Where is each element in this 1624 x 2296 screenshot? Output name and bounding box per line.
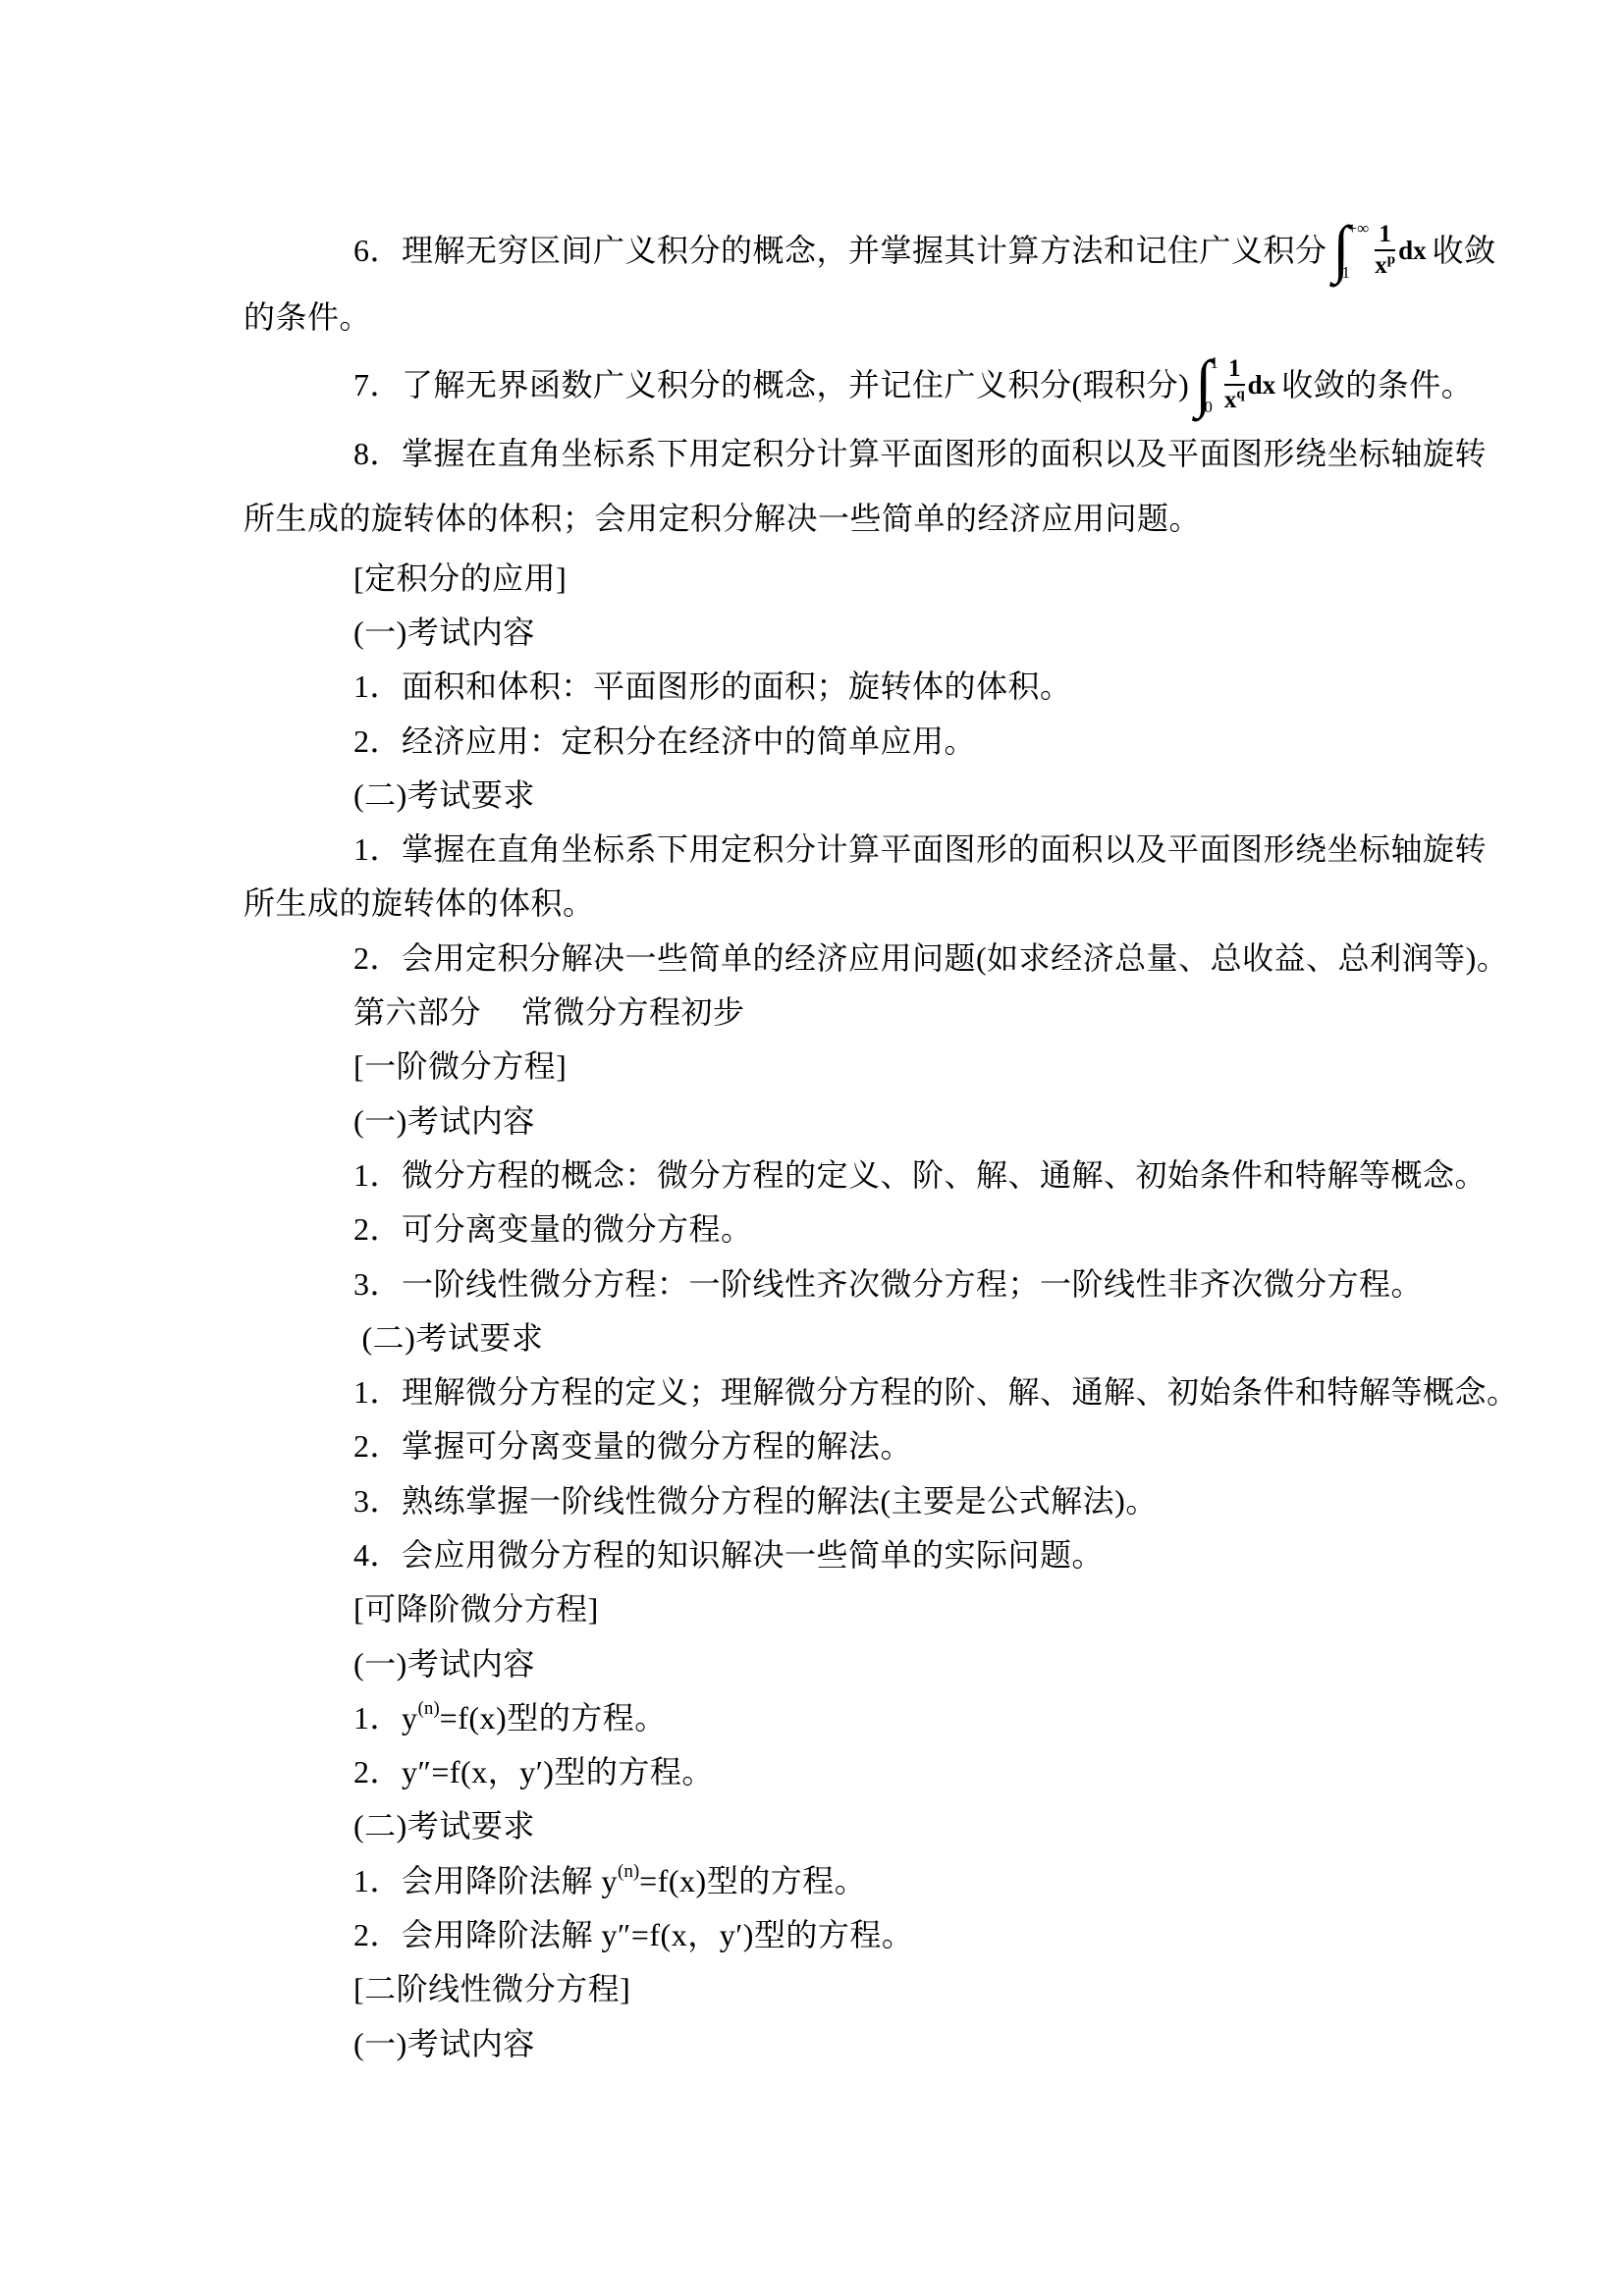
doc-line: 1．面积和体积：平面图形的面积；旋转体的体积。 bbox=[244, 660, 1500, 714]
doc-line: [可降阶微分方程] bbox=[244, 1582, 1500, 1636]
text-run: 的条件。 bbox=[244, 301, 371, 333]
integral-lower-limit: 1 bbox=[1342, 264, 1351, 281]
doc-line: 4．会应用微分方程的知识解决一些简单的实际问题。 bbox=[244, 1527, 1500, 1581]
text-run: (一)考试内容 bbox=[353, 1105, 535, 1137]
denominator-superscript: p bbox=[1387, 252, 1395, 268]
doc-line: 2．可分离变量的微分方程。 bbox=[244, 1202, 1500, 1256]
text-run: 6．理解无穷区间广义积分的概念，并掌握其计算方法和记住广义积分 bbox=[353, 235, 1327, 266]
doc-line: (一)考试内容 bbox=[244, 1636, 1500, 1690]
text-run: 1．理解微分方程的定义；理解微分方程的阶、解、通解、初始条件和特解等概念。 bbox=[353, 1376, 1519, 1408]
text-run: 3．熟练掌握一阶线性微分方程的解法(主要是公式解法)。 bbox=[353, 1485, 1158, 1517]
text-run: [可降阶微分方程] bbox=[353, 1593, 599, 1625]
integral-lower-limit: 0 bbox=[1204, 399, 1213, 415]
text-run: (二)考试要求 bbox=[353, 1322, 543, 1354]
denominator-superscript: q bbox=[1236, 387, 1244, 402]
text-run: 1．y bbox=[353, 1702, 418, 1734]
inline-integral-formula: ∫101xqdx bbox=[1195, 354, 1275, 415]
doc-line: 2．掌握可分离变量的微分方程的解法。 bbox=[244, 1419, 1500, 1473]
doc-line: (一)考试内容 bbox=[244, 2016, 1500, 2070]
doc-line: 2．会用降阶法解 y″=f(x，y′)型的方程。 bbox=[244, 1907, 1500, 1961]
differential: dx bbox=[1398, 238, 1427, 264]
fraction-numerator: 1 bbox=[1379, 222, 1391, 247]
text-run: 1．面积和体积：平面图形的面积；旋转体的体积。 bbox=[353, 670, 1072, 702]
text-run: 1．会用降阶法解 y bbox=[353, 1865, 618, 1896]
differential: dx bbox=[1248, 372, 1276, 399]
doc-line: 所生成的旋转体的体积。 bbox=[244, 877, 1500, 931]
text-run: 1．掌握在直角坐标系下用定积分计算平面图形的面积以及平面图形绕坐标轴旋转 bbox=[353, 833, 1487, 865]
fraction-numerator: 1 bbox=[1228, 356, 1241, 382]
doc-line: 1．y(n)=f(x)型的方程。 bbox=[244, 1690, 1500, 1744]
text-run: 所生成的旋转体的体积；会用定积分解决一些简单的经济应用问题。 bbox=[244, 503, 1201, 534]
doc-line: 8．掌握在直角坐标系下用定积分计算平面图形的面积以及平面图形绕坐标轴旋转 bbox=[244, 420, 1500, 486]
text-run: 2．y″=f(x，y′)型的方程。 bbox=[353, 1756, 714, 1788]
text-run: 收敛 bbox=[1433, 235, 1496, 266]
document-page: 6．理解无穷区间广义积分的概念，并掌握其计算方法和记住广义积分∫+∞11xpdx… bbox=[0, 0, 1624, 2296]
text-run: =f(x)型的方程。 bbox=[440, 1702, 667, 1734]
doc-line: 3．一阶线性微分方程：一阶线性齐次微分方程；一阶线性非齐次微分方程。 bbox=[244, 1256, 1500, 1310]
text-run: 4．会应用微分方程的知识解决一些简单的实际问题。 bbox=[353, 1539, 1104, 1571]
doc-line: 第六部分 常微分方程初步 bbox=[244, 985, 1500, 1039]
doc-line: (二)考试要求 bbox=[244, 768, 1500, 822]
text-run: 1．微分方程的概念：微分方程的定义、阶、解、通解、初始条件和特解等概念。 bbox=[353, 1159, 1487, 1191]
doc-line: (一)考试内容 bbox=[244, 605, 1500, 659]
text-run: 所生成的旋转体的体积。 bbox=[244, 887, 595, 919]
text-run: (一)考试内容 bbox=[353, 2028, 535, 2059]
doc-line: 7．了解无界函数广义积分的概念，并记住广义积分(瑕积分)∫101xqdx收敛的条… bbox=[244, 349, 1500, 420]
text-run: (一)考试内容 bbox=[353, 1648, 535, 1680]
text-run: (二)考试要求 bbox=[353, 779, 535, 811]
fraction-denominator: xq bbox=[1224, 388, 1245, 413]
doc-line: [一阶微分方程] bbox=[244, 1040, 1500, 1094]
doc-line: 1．会用降阶法解 y(n)=f(x)型的方程。 bbox=[244, 1853, 1500, 1907]
doc-line: 所生成的旋转体的体积；会用定积分解决一些简单的经济应用问题。 bbox=[244, 486, 1500, 551]
doc-line: 1．微分方程的概念：微分方程的定义、阶、解、通解、初始条件和特解等概念。 bbox=[244, 1148, 1500, 1201]
doc-line: [定积分的应用] bbox=[244, 551, 1500, 605]
doc-line: (一)考试内容 bbox=[244, 1094, 1500, 1148]
fraction: 1xq bbox=[1224, 356, 1245, 414]
text-run: 7．了解无界函数广义积分的概念，并记住广义积分(瑕积分) bbox=[353, 369, 1189, 400]
text-run: [二阶线性微分方程] bbox=[353, 1973, 630, 2004]
text-run: 第六部分 常微分方程初步 bbox=[353, 996, 745, 1028]
doc-line: 2．经济应用：定积分在经济中的简单应用。 bbox=[244, 714, 1500, 768]
text-run: 3．一阶线性微分方程：一阶线性齐次微分方程；一阶线性非齐次微分方程。 bbox=[353, 1268, 1423, 1300]
text-run: 2．会用定积分解决一些简单的经济应用问题(如求经济总量、总收益、总利润等)。 bbox=[353, 942, 1508, 974]
text-run: [一阶微分方程] bbox=[353, 1050, 567, 1082]
fraction: 1xp bbox=[1375, 222, 1395, 280]
integral-limits: +∞1 bbox=[1348, 220, 1370, 281]
text-run: 2．掌握可分离变量的微分方程的解法。 bbox=[353, 1430, 912, 1462]
inline-integral-formula: ∫+∞11xpdx bbox=[1333, 220, 1427, 281]
doc-line: 6．理解无穷区间广义积分的概念，并掌握其计算方法和记住广义积分∫+∞11xpdx… bbox=[244, 216, 1500, 285]
text-run: =f(x)型的方程。 bbox=[639, 1865, 866, 1896]
doc-line: 1．掌握在直角坐标系下用定积分计算平面图形的面积以及平面图形绕坐标轴旋转 bbox=[244, 822, 1500, 876]
text-run: (二)考试要求 bbox=[353, 1810, 535, 1842]
integral-upper-limit: +∞ bbox=[1348, 220, 1370, 237]
text-run: 2．经济应用：定积分在经济中的简单应用。 bbox=[353, 725, 976, 757]
doc-line: 2．y″=f(x，y′)型的方程。 bbox=[244, 1745, 1500, 1799]
text-run: (一)考试内容 bbox=[353, 616, 535, 648]
doc-line: 3．熟练掌握一阶线性微分方程的解法(主要是公式解法)。 bbox=[244, 1473, 1500, 1527]
text-run: [定积分的应用] bbox=[353, 562, 567, 594]
text-run: 2．可分离变量的微分方程。 bbox=[353, 1213, 753, 1245]
fraction-denominator: xp bbox=[1375, 253, 1395, 279]
document-body: 6．理解无穷区间广义积分的概念，并掌握其计算方法和记住广义积分∫+∞11xpdx… bbox=[244, 216, 1500, 2070]
text-run: 收敛的条件。 bbox=[1281, 369, 1473, 400]
doc-line: 2．会用定积分解决一些简单的经济应用问题(如求经济总量、总收益、总利润等)。 bbox=[244, 931, 1500, 985]
doc-line: 的条件。 bbox=[244, 285, 1500, 349]
doc-line: [二阶线性微分方程] bbox=[244, 1962, 1500, 2016]
doc-line: (二)考试要求 bbox=[244, 1310, 1500, 1364]
text-run: 8．掌握在直角坐标系下用定积分计算平面图形的面积以及平面图形绕坐标轴旋转 bbox=[353, 438, 1487, 469]
text-run: 2．会用降阶法解 y″=f(x，y′)型的方程。 bbox=[353, 1919, 913, 1950]
doc-line: 1．理解微分方程的定义；理解微分方程的阶、解、通解、初始条件和特解等概念。 bbox=[244, 1364, 1500, 1418]
doc-line: (二)考试要求 bbox=[244, 1799, 1500, 1853]
